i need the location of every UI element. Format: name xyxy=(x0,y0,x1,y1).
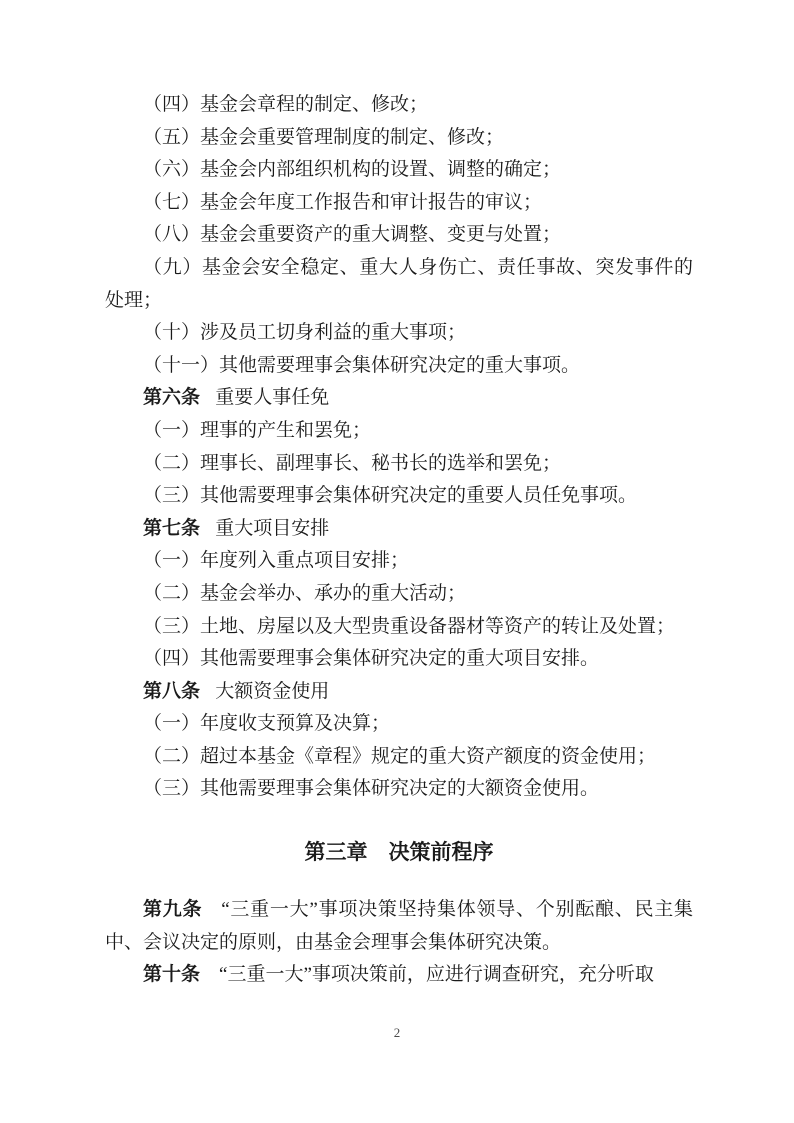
clause-item: （一）年度收支预算及决算； xyxy=(105,708,693,741)
article-heading-6: 第六条重要人事任免 xyxy=(105,382,693,415)
clause-item: （十）涉及员工切身利益的重大事项； xyxy=(105,317,693,350)
article-title: 大额资金使用 xyxy=(215,681,329,702)
document-page: （四）基金会章程的制定、修改； （五）基金会重要管理制度的制定、修改； （六）基… xyxy=(0,0,794,1123)
article-heading-8: 第八条大额资金使用 xyxy=(105,676,693,709)
article-number: 第十条 xyxy=(143,964,200,985)
clause-item: （十一）其他需要理事会集体研究决定的重大事项。 xyxy=(105,350,693,383)
clause-item: （八）基金会重要资产的重大调整、变更与处置； xyxy=(105,219,693,252)
article-paragraph-10: 第十条“三重一大”事项决策前，应进行调查研究，充分听取 xyxy=(105,959,693,992)
page-number: 2 xyxy=(0,1026,794,1039)
clause-item: （六）基金会内部组织机构的设置、调整的确定； xyxy=(105,154,693,187)
clause-item: （四）基金会章程的制定、修改； xyxy=(105,89,693,122)
clause-item: （二）基金会举办、承办的重大活动； xyxy=(105,578,693,611)
article-title: 重大项目安排 xyxy=(215,518,329,539)
chapter-heading: 第三章 决策前程序 xyxy=(105,836,693,869)
paragraph-text: “三重一大”事项决策前，应进行调查研究，充分听取 xyxy=(219,964,654,985)
clause-item: （三）其他需要理事会集体研究决定的大额资金使用。 xyxy=(105,773,693,806)
clause-item: （二）理事长、副理事长、秘书长的选举和罢免； xyxy=(105,448,693,481)
clause-item: （三）其他需要理事会集体研究决定的重要人员任免事项。 xyxy=(105,480,693,513)
clause-item: （九）基金会安全稳定、重大人身伤亡、责任事故、突发事件的处理； xyxy=(105,252,693,317)
clause-item: （五）基金会重要管理制度的制定、修改； xyxy=(105,122,693,155)
clause-item: （二）超过本基金《章程》规定的重大资产额度的资金使用； xyxy=(105,741,693,774)
article-number: 第六条 xyxy=(143,387,200,408)
page-content: （四）基金会章程的制定、修改； （五）基金会重要管理制度的制定、修改； （六）基… xyxy=(105,89,693,992)
article-number: 第九条 xyxy=(143,899,202,920)
clause-item: （七）基金会年度工作报告和审计报告的审议； xyxy=(105,187,693,220)
clause-item: （三）土地、房屋以及大型贵重设备器材等资产的转让及处置； xyxy=(105,611,693,644)
article-number: 第八条 xyxy=(143,681,200,702)
article-number: 第七条 xyxy=(143,518,200,539)
article-title: 重要人事任免 xyxy=(215,387,329,408)
article-heading-7: 第七条重大项目安排 xyxy=(105,513,693,546)
article-paragraph-9: 第九条“三重一大”事项决策坚持集体领导、个别酝酿、民主集中、会议决定的原则，由基… xyxy=(105,894,693,959)
clause-item: （一）理事的产生和罢免； xyxy=(105,415,693,448)
clause-item: （一）年度列入重点项目安排； xyxy=(105,545,693,578)
clause-item: （四）其他需要理事会集体研究决定的重大项目安排。 xyxy=(105,643,693,676)
